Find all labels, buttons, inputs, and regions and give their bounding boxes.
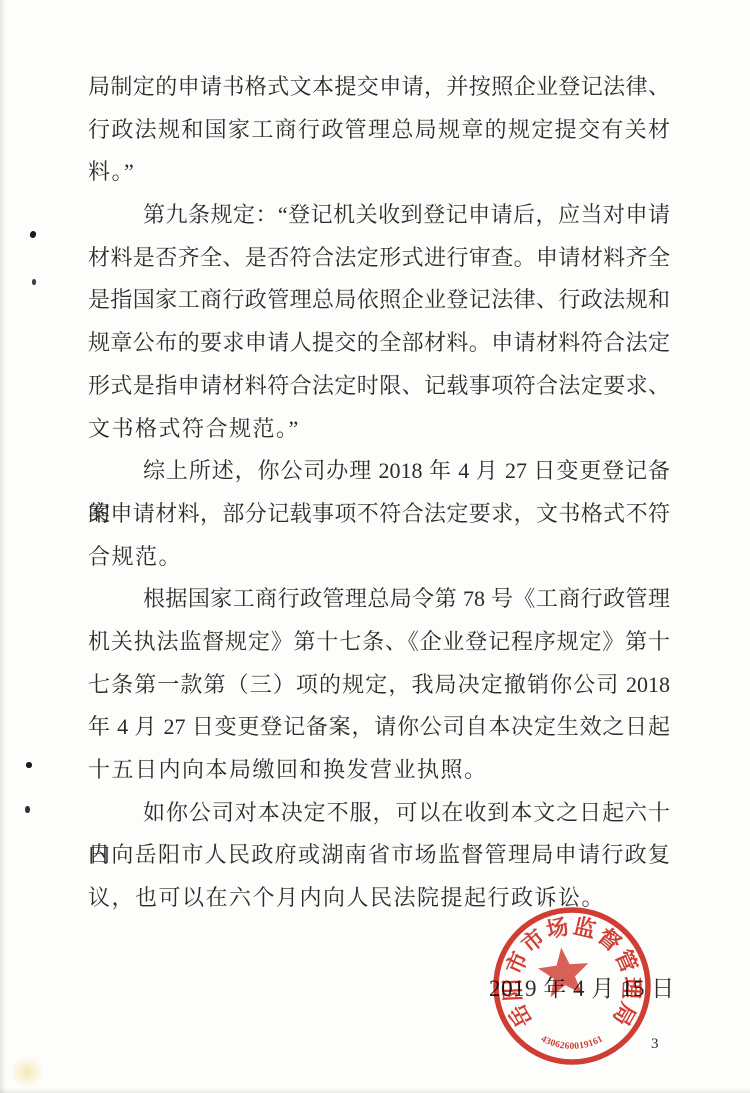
text-line: 合规范。 xyxy=(88,536,670,579)
text-line: 规章公布的要求申请人提交的全部材料。申请材料符合法定 xyxy=(88,322,670,365)
text-line: 行政法规和国家工商行政管理总局规章的规定提交有关材 xyxy=(88,109,670,152)
binding-mark xyxy=(26,762,32,768)
text-line: 根据国家工商行政管理总局令第 78 号《工商行政管理 xyxy=(88,578,670,621)
text-line: 是指国家工商行政管理总局依照企业登记法律、行政法规和 xyxy=(88,279,670,322)
document-body: 局制定的申请书格式文本提交申请，并按照企业登记法律、行政法规和国家工商行政管理总… xyxy=(88,66,670,920)
scanned-document-page: 局制定的申请书格式文本提交申请，并按照企业登记法律、行政法规和国家工商行政管理总… xyxy=(0,0,750,1093)
official-seal: 岳阳市市场监督管理局 4306260019161 xyxy=(482,896,662,1076)
text-line: 机关执法监督规定》第十七条、《企业登记程序规定》第十 xyxy=(88,621,670,664)
seal-code: 4306260019161 xyxy=(539,1034,605,1052)
text-line: 局制定的申请书格式文本提交申请，并按照企业登记法律、 xyxy=(88,66,670,109)
text-line: 形式是指申请材料符合法定时限、记载事项符合法定要求、 xyxy=(88,365,670,408)
page-number: 3 xyxy=(651,1036,659,1053)
scan-edge-bottom xyxy=(0,1088,750,1093)
binding-mark xyxy=(25,806,30,813)
text-line: 综上所述，你公司办理 2018 年 4 月 27 日变更登记备案 xyxy=(88,450,670,493)
text-line: 的申请材料，部分记载事项不符合法定要求，文书格式不符 xyxy=(88,493,670,536)
binding-mark xyxy=(32,279,36,285)
scan-edge-left xyxy=(0,0,6,1093)
text-line: 材料是否齐全、是否符合法定形式进行审查。申请材料齐全 xyxy=(88,237,670,280)
text-line: 如你公司对本决定不服，可以在收到本文之日起六十日 xyxy=(88,792,670,835)
scan-smudge xyxy=(10,1056,44,1088)
seal-star xyxy=(536,945,591,998)
text-line: 十五日内向本局缴回和换发营业执照。 xyxy=(88,749,670,792)
text-line: 七条第一款第（三）项的规定，我局决定撤销你公司 2018 xyxy=(88,664,670,707)
text-line: 文书格式符合规范。” xyxy=(88,408,670,451)
text-line: 第九条规定：“登记机关收到登记申请后，应当对申请 xyxy=(88,194,670,237)
text-line: 料。” xyxy=(88,151,670,194)
binding-mark xyxy=(29,230,37,239)
text-line: 内向岳阳市人民政府或湖南省市场监督管理局申请行政复 xyxy=(88,834,670,877)
text-line: 年 4 月 27 日变更登记备案，请你公司自本决定生效之日起 xyxy=(88,706,670,749)
